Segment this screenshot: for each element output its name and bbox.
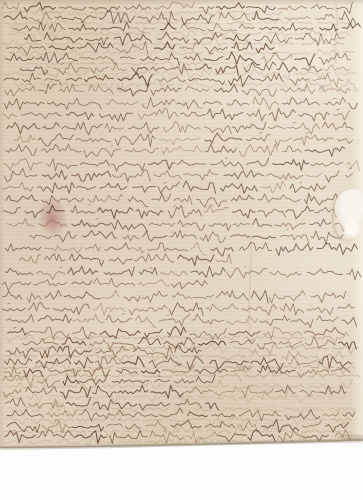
- handwriting-band-crossed-dense: [3, 327, 360, 382]
- handwriting-band-opening-dense: [2, 1, 360, 92]
- handwriting-layer: [0, 0, 363, 500]
- handwriting-band-body: [2, 84, 361, 328]
- scan-canvas: [0, 0, 363, 500]
- ink-group: [2, 1, 362, 448]
- handwriting-band-closing: [2, 375, 355, 448]
